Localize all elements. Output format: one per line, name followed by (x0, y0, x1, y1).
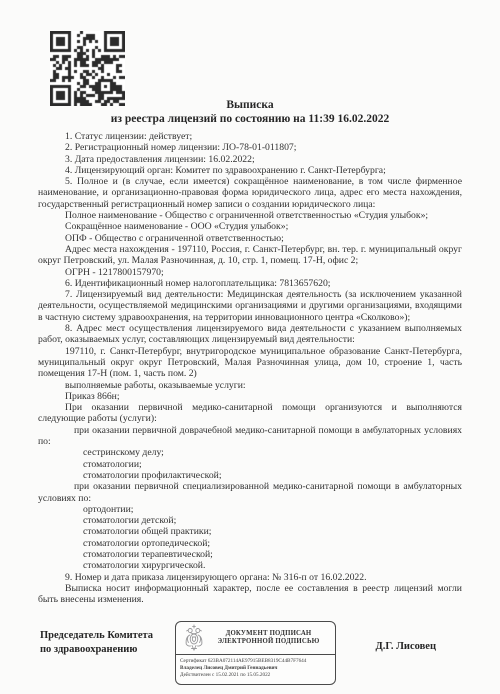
document-paragraph: при оказании первичной специализированно… (38, 481, 462, 504)
document-paragraph: стоматологии общей практики; (38, 526, 462, 537)
stamp-header: ДОКУМЕНТ ПОДПИСАН ЭЛЕКТРОННОЙ ПОДПИСЬЮ (176, 622, 335, 655)
stamp-title-line1: ДОКУМЕНТ ПОДПИСАН (207, 630, 330, 639)
document-paragraph: стоматологии терапевтической; (38, 549, 462, 560)
document-paragraph: выполняемые работы, оказываемые услуги: (38, 380, 462, 391)
document-paragraph: сестринскому делу; (38, 447, 462, 458)
document-header: Выписка из реестра лицензий по состоянию… (0, 99, 500, 127)
document-paragraph: 1. Статус лицензии: действует; (38, 131, 462, 142)
stamp-details: Сертификат 623BA072114AE97915BEB8319C44B… (176, 655, 335, 680)
signature-block: Председатель Комитета по здравоохранению (38, 618, 462, 690)
document-paragraph: 8. Адрес мест осуществления лицензируемо… (38, 323, 462, 346)
signer-position: Председатель Комитета по здравоохранению (40, 629, 153, 656)
license-extract-document: Выписка из реестра лицензий по состоянию… (0, 0, 500, 694)
document-paragraph: Приказ 866н; (38, 391, 462, 402)
document-paragraph: Полное наименование - Общество с огранич… (38, 210, 462, 221)
document-paragraph: Выписка носит информационный характер, п… (38, 583, 462, 606)
document-paragraph: при оказании первичной доврачебной медик… (38, 425, 462, 448)
document-paragraph: ортодонтии; (38, 504, 462, 515)
document-paragraph: 2. Регистрационный номер лицензии: ЛО-78… (38, 142, 462, 153)
stamp-title: ДОКУМЕНТ ПОДПИСАН ЭЛЕКТРОННОЙ ПОДПИСЬЮ (207, 630, 330, 647)
digital-signature-stamp: ДОКУМЕНТ ПОДПИСАН ЭЛЕКТРОННОЙ ПОДПИСЬЮ С… (175, 621, 336, 685)
document-paragraph: стоматологии детской; (38, 515, 462, 526)
document-paragraph: Адрес места нахождения - 197110, Россия,… (38, 244, 462, 267)
document-paragraph: 4. Лицензирующий орган: Комитет по здрав… (38, 165, 462, 176)
document-paragraph: 6. Идентификационный номер налогоплатель… (38, 278, 462, 289)
document-title: Выписка (0, 99, 500, 112)
coat-of-arms-icon (181, 624, 207, 652)
document-paragraph: стоматологии хирургической. (38, 560, 462, 571)
stamp-title-line2: ЭЛЕКТРОННОЙ ПОДПИСЬЮ (207, 638, 330, 647)
document-paragraph: стоматологии; (38, 459, 462, 470)
stamp-validity: Действителен с 15.02.2021 по 15.05.2022 (180, 672, 331, 679)
signer-position-line2: по здравоохранению (40, 643, 153, 657)
document-paragraph: При оказании первичной медико-санитарной… (38, 402, 462, 425)
document-paragraph: 7. Лицензируемый вид деятельности: Медиц… (38, 289, 462, 323)
document-paragraph: Сокращённое наименование - ООО «Студия у… (38, 221, 462, 232)
document-paragraph: 9. Номер и дата приказа лицензирующего о… (38, 572, 462, 583)
document-paragraph: ОГРН - 1217800157970; (38, 267, 462, 278)
document-paragraph: ОПФ - Общество с ограниченной ответствен… (38, 233, 462, 244)
signer-position-line1: Председатель Комитета (40, 629, 153, 643)
document-paragraph: стоматологии ортопедической; (38, 538, 462, 549)
document-paragraph: 197110, г. Санкт-Петербург, внутригородс… (38, 346, 462, 380)
document-paragraph: 5. Полное и (в случае, если имеется) сок… (38, 176, 462, 210)
document-paragraph: стоматологии профилактической; (38, 470, 462, 481)
document-body: 1. Статус лицензии: действует;2. Регистр… (38, 131, 462, 617)
qr-code (50, 31, 125, 106)
document-paragraph: 3. Дата предоставления лицензии: 16.02.2… (38, 154, 462, 165)
signer-name: Д.Г. Лисовец (376, 641, 437, 652)
document-subtitle: из реестра лицензий по состоянию на 11:3… (0, 112, 500, 127)
